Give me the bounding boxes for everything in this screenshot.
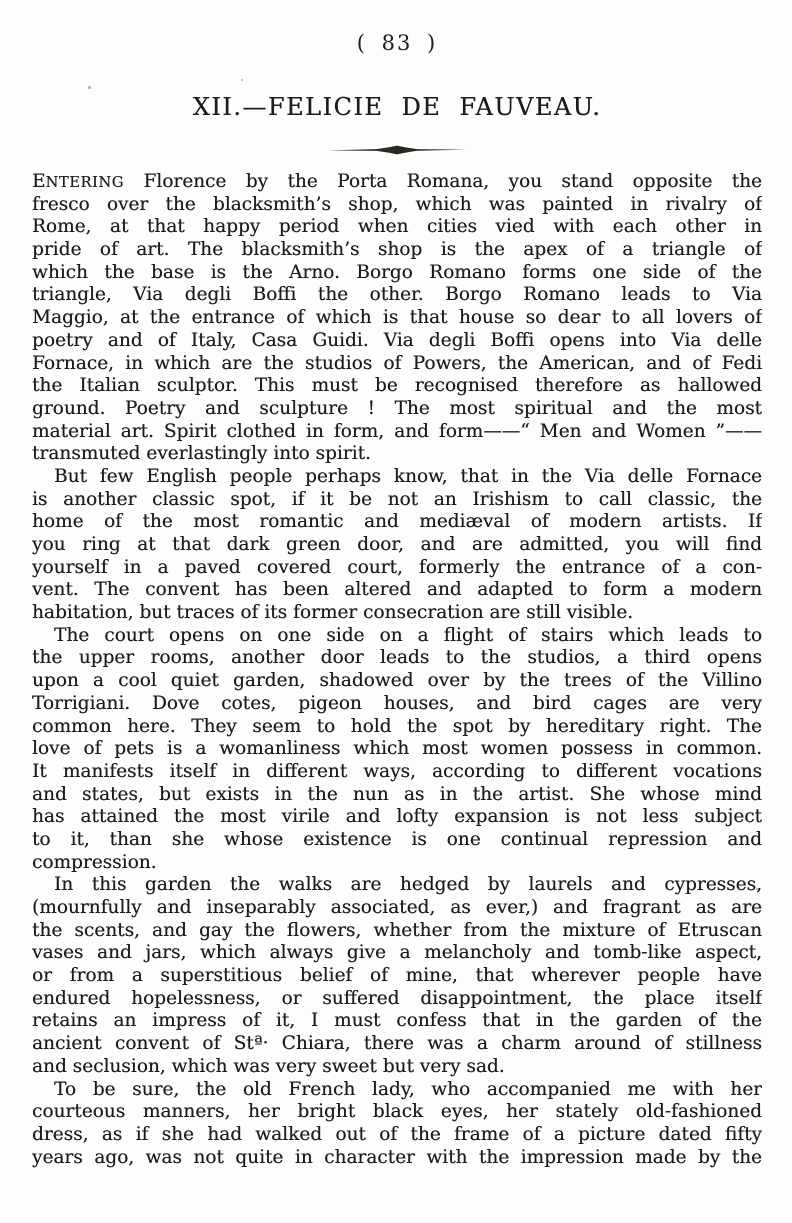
paragraph: To be sure, the old French lady, who acc… — [32, 1079, 762, 1170]
page-number: ( 83 ) — [32, 30, 762, 56]
text-line: and states, but exists in the nun as in … — [32, 784, 762, 807]
chapter-title: XII.—FELICIE DE FAUVEAU. — [32, 93, 762, 121]
text-line: material art. Spirit clothed in form, an… — [32, 421, 762, 444]
text-line: pride of art. The blacksmith’s shop is t… — [32, 239, 762, 262]
text-line: compression. — [32, 852, 762, 875]
paragraph: In this garden the walks are hedged by l… — [32, 874, 762, 1078]
text-line: endured hopelessness, or suffered disapp… — [32, 988, 762, 1011]
text-line: (mournfully and inseparably associated, … — [32, 897, 762, 920]
text-line: is another classic spot, if it be not an… — [32, 489, 762, 512]
tapered-rule-icon — [327, 144, 467, 156]
text-line: poetry and of Italy, Casa Guidi. Via deg… — [32, 330, 762, 353]
text-line: dress, as if she had walked out of the f… — [32, 1124, 762, 1147]
text-line: The court opens on one side on a flight … — [32, 625, 762, 648]
text-line: vases and jars, which always give a mela… — [32, 942, 762, 965]
text-line: home of the most romantic and mediæval o… — [32, 511, 762, 534]
text-line: upon a cool quiet garden, shadowed over … — [32, 670, 762, 693]
text-line: the upper rooms, another door leads to t… — [32, 647, 762, 670]
text-line: love of pets is a womanliness which most… — [32, 738, 762, 761]
text-line: retains an impress of it, I must confess… — [32, 1010, 762, 1033]
text-line: to it, than she whose existence is one c… — [32, 829, 762, 852]
paragraph: ENTERING Florence by the Porta Romana, y… — [32, 171, 762, 466]
scan-speck — [88, 86, 91, 89]
text-line: which the base is the Arno. Borgo Romano… — [32, 262, 762, 285]
text-line: ENTERING Florence by the Porta Romana, y… — [32, 171, 762, 194]
text-line: and seclusion, which was very sweet but … — [32, 1056, 762, 1079]
text-line: has attained the most virile and lofty e… — [32, 806, 762, 829]
text-line: yourself in a paved covered court, forme… — [32, 557, 762, 580]
text-line: But few English people perhaps know, tha… — [32, 466, 762, 489]
text-line: transmuted everlastingly into spirit. — [32, 443, 762, 466]
paragraph: The court opens on one side on a flight … — [32, 625, 762, 875]
text-line: Fornace, in which are the studios of Pow… — [32, 353, 762, 376]
text-line: Maggio, at the entrance of which is that… — [32, 307, 762, 330]
page-body: ENTERING Florence by the Porta Romana, y… — [32, 171, 762, 1169]
book-page: ( 83 ) XII.—FELICIE DE FAUVEAU. ENTERING… — [0, 0, 792, 1223]
scan-speck — [241, 79, 243, 81]
text-line: Torrigiani. Dove cotes, pigeon houses, a… — [32, 693, 762, 716]
divider-ornament — [32, 141, 762, 153]
text-line: To be sure, the old French lady, who acc… — [32, 1079, 762, 1102]
text-line: Rome, at that happy period when cities v… — [32, 216, 762, 239]
text-line: ground. Poetry and sculpture ! The most … — [32, 398, 762, 421]
text-line: ancient convent of Stª· Chiara, there wa… — [32, 1033, 762, 1056]
text-line: It manifests itself in different ways, a… — [32, 761, 762, 784]
paragraph-lead-capital: E — [32, 171, 46, 192]
text-line: common here. They seem to hold the spot … — [32, 716, 762, 739]
paragraph: But few English people perhaps know, tha… — [32, 466, 762, 625]
text-line: habitation, but traces of its former con… — [32, 602, 762, 625]
text-line: you ring at that dark green door, and ar… — [32, 534, 762, 557]
text-line: vent. The convent has been altered and a… — [32, 579, 762, 602]
text-line: the scents, and gay the flowers, whether… — [32, 920, 762, 943]
text-line: the Italian sculptor. This must be recog… — [32, 375, 762, 398]
scan-speck — [756, 888, 758, 890]
paragraph-lead-smallcaps: NTERING — [46, 174, 125, 191]
text-line: fresco over the blacksmith’s shop, which… — [32, 194, 762, 217]
text-line: or from a superstitious belief of mine, … — [32, 965, 762, 988]
text-line: triangle, Via degli Boffi the other. Bor… — [32, 284, 762, 307]
text-line: In this garden the walks are hedged by l… — [32, 874, 762, 897]
text-line: years ago, was not quite in character wi… — [32, 1147, 762, 1170]
text-line: courteous manners, her bright black eyes… — [32, 1101, 762, 1124]
